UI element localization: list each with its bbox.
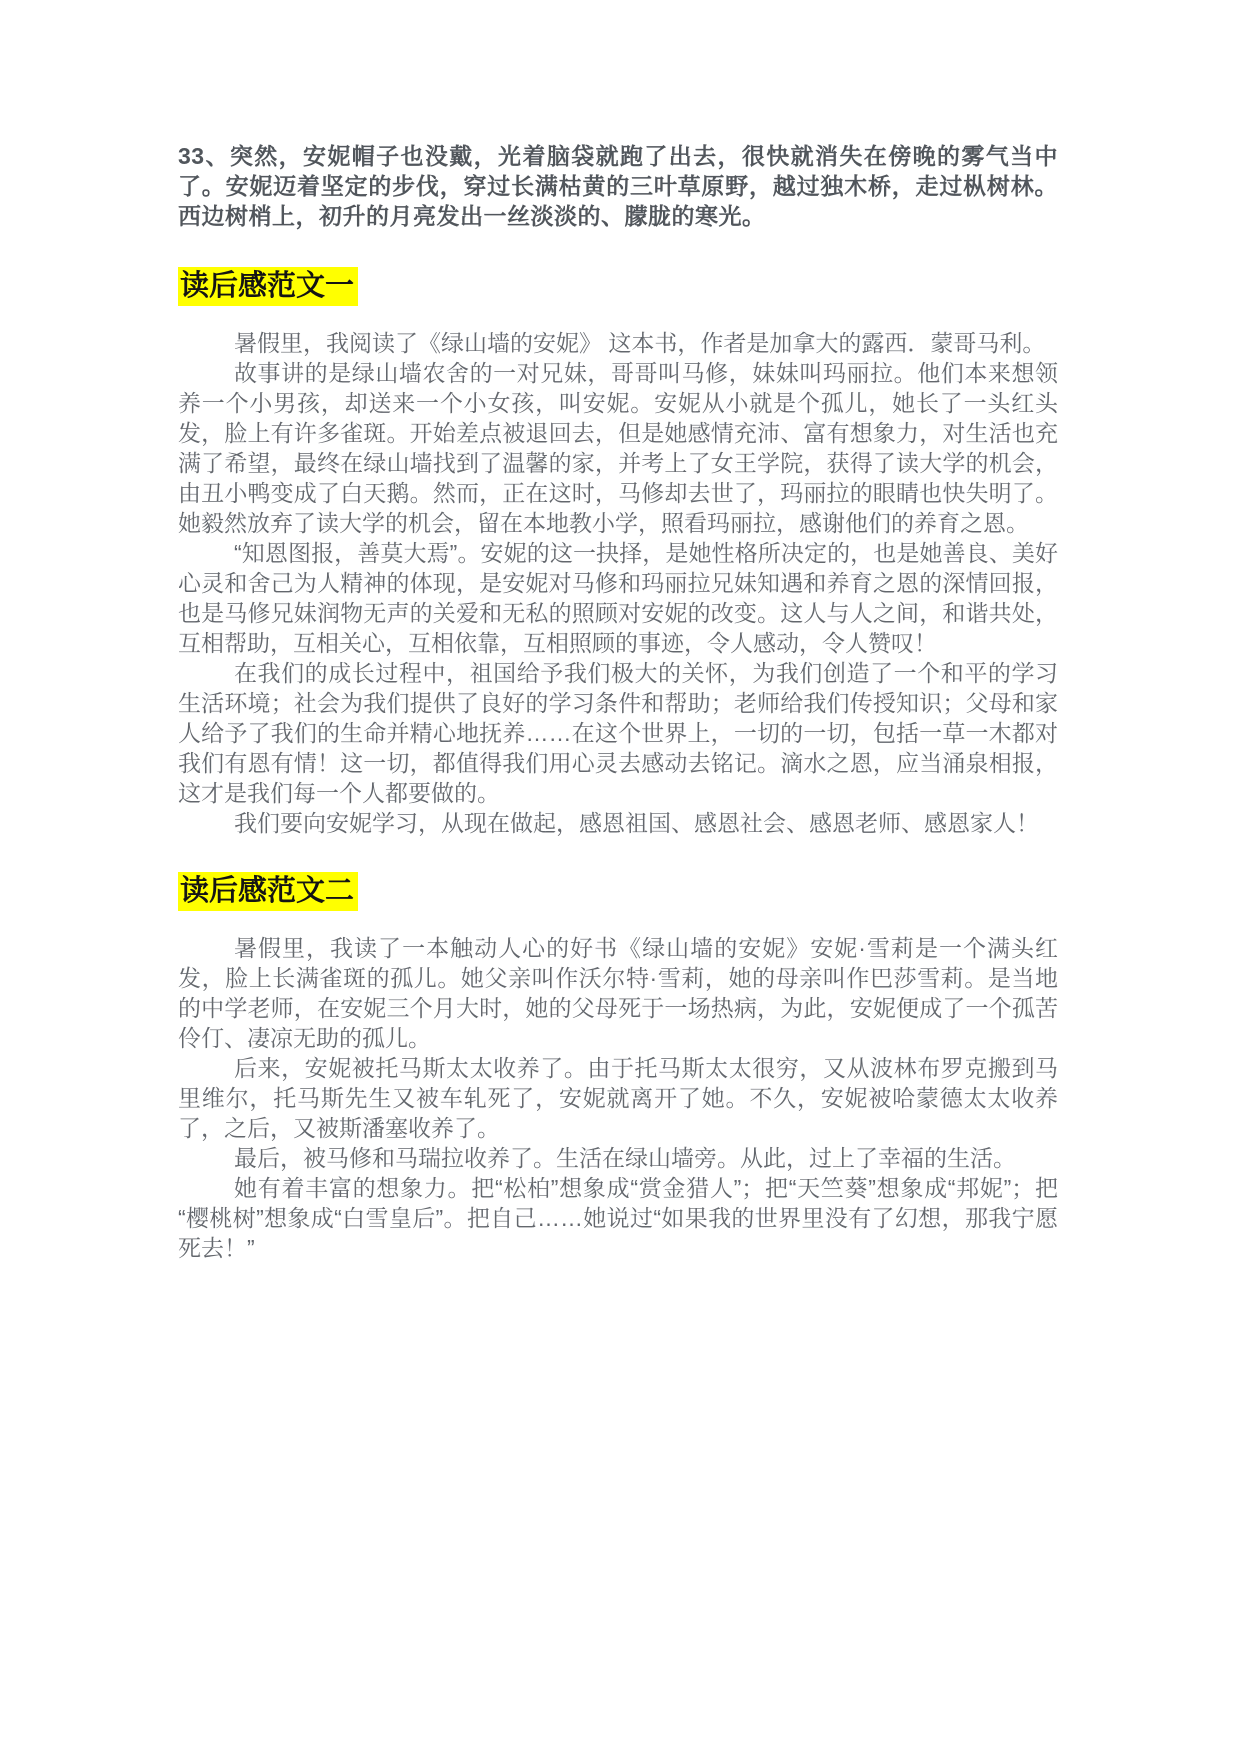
section-1-paragraph: 在我们的成长过程中，祖国给予我们极大的关怀，为我们创造了一个和平的学习生活环境；… (178, 658, 1058, 808)
section-2-paragraph: 最后，被马修和马瑞拉收养了。生活在绿山墙旁。从此，过上了幸福的生活。 (178, 1143, 1058, 1173)
section-essay-1: 读后感范文一 暑假里，我阅读了《绿山墙的安妮》 这本书，作者是加拿大的露西．蒙哥… (178, 267, 1058, 838)
section-1-heading-row: 读后感范文一 (178, 267, 1058, 306)
section-2-paragraph: 她有着丰富的想象力。把“松柏”想象成“赏金猎人”；把“天竺葵”想象成“邦妮”；把… (178, 1173, 1058, 1263)
section-1-paragraph: 故事讲的是绿山墙农舍的一对兄妹，哥哥叫马修，妹妹叫玛丽拉。他们本来想领养一个小男… (178, 358, 1058, 538)
section-2-heading: 读后感范文二 (178, 872, 358, 911)
section-1-heading: 读后感范文一 (178, 267, 358, 306)
section-2-heading-row: 读后感范文二 (178, 872, 1058, 911)
section-essay-2: 读后感范文二 暑假里，我读了一本触动人心的好书《绿山墙的安妮》安妮·雪莉是一个满… (178, 872, 1058, 1263)
section-2-paragraph: 后来，安妮被托马斯太太收养了。由于托马斯太太很穷，又从波林布罗克搬到马里维尔，托… (178, 1053, 1058, 1143)
intro-paragraph: 33、突然，安妮帽子也没戴，光着脑袋就跑了出去，很快就消失在傍晚的雾气当中了。安… (178, 141, 1058, 231)
section-2-paragraph: 暑假里，我读了一本触动人心的好书《绿山墙的安妮》安妮·雪莉是一个满头红发，脸上长… (178, 933, 1058, 1053)
document-page: 33、突然，安妮帽子也没戴，光着脑袋就跑了出去，很快就消失在傍晚的雾气当中了。安… (0, 0, 1240, 1754)
section-1-paragraph: 我们要向安妮学习，从现在做起，感恩祖国、感恩社会、感恩老师、感恩家人！ (178, 808, 1058, 838)
section-1-paragraph: “知恩图报，善莫大焉”。安妮的这一抉择，是她性格所决定的，也是她善良、美好心灵和… (178, 538, 1058, 658)
section-1-paragraph: 暑假里，我阅读了《绿山墙的安妮》 这本书，作者是加拿大的露西．蒙哥马利。 (178, 328, 1058, 358)
